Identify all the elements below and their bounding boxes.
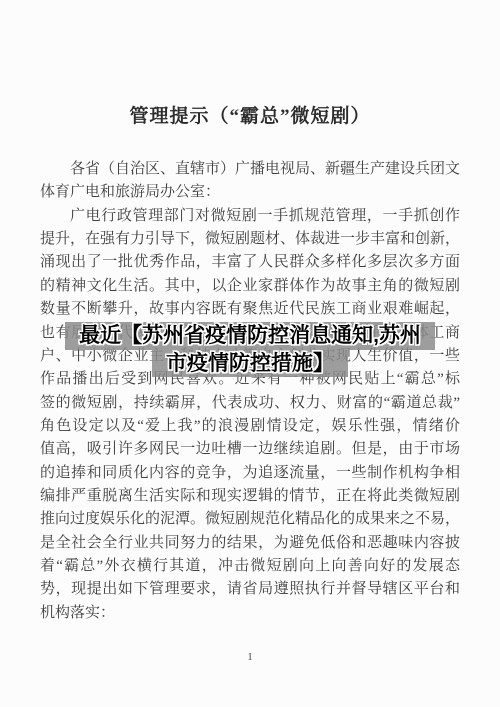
body-line: 广电行政管理部门对微短剧一手抓规范管理，一手抓创作 [40,205,460,228]
body-line: 的精神文化生活。其中，以企业家群体作为故事主角的微短剧 [40,275,460,298]
body-line: 值高，吸引许多网民一边吐槽一边继续追剧。但是，由于市场 [40,438,460,461]
body-line: 推向过度娱乐化的泥潭。微短剧规范化精品化的成果来之不易， [40,508,460,531]
body-line: 是全社会全行业共同努力的结果，为避免低俗和恶趣味内容披 [40,532,460,555]
body-line: 数量不断攀升，故事内容既有聚焦近代民族工商业艰难崛起， [40,298,460,321]
body-line: 体育广电和旅游局办公室： [40,181,460,204]
caption-overlay: 最近【苏州省疫情防控消息通知,苏州 市疫情防控措施】 [0,322,500,377]
page-number: 1 [0,650,500,665]
body-line: 涌现出了一批优秀作品，丰富了人民群众多样化多层次多方面 [40,251,460,274]
caption-line-2: 市疫情防控措施】 [152,350,348,378]
body-line: 角色设定以及“爱上我”的浪漫剧情设定，娱乐性强，情绪价 [40,415,460,438]
document-body: 各省（自治区、直辖市）广播电视局、新疆生产建设兵团文化 体育广电和旅游局办公室：… [40,158,460,625]
body-line: 提升，在强有力引导下，微短剧题材、体裁进一步丰富和创新， [40,228,460,251]
body-line: 各省（自治区、直辖市）广播电视局、新疆生产建设兵团文化 [40,158,460,181]
body-line: 着“霸总”外衣横行其道，冲击微短剧向上向善向好的发展态 [40,555,460,578]
body-line: 的追捧和同质化内容的竞争，为追逐流量，一些制作机构争相 [40,462,460,485]
body-line: 势，现提出如下管理要求，请省局遵照执行并督导辖区平台和 [40,578,460,601]
body-line: 机构落实： [40,602,460,625]
caption-line-1: 最近【苏州省疫情防控消息通知,苏州 [65,322,435,350]
body-line: 编排严重脱离生活实际和现实逻辑的情节，正在将此类微短剧 [40,485,460,508]
document-title: 管理提示（“霸总”微短剧） [0,103,500,131]
body-line: 签的微短剧，持续霸屏，代表成功、权力、财富的“霸道总裁” [40,392,460,415]
document-page: 管理提示（“霸总”微短剧） 各省（自治区、直辖市）广播电视局、新疆生产建设兵团文… [0,0,500,707]
